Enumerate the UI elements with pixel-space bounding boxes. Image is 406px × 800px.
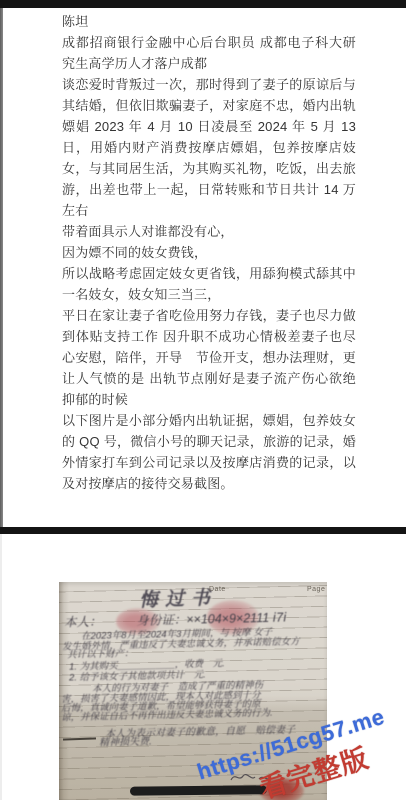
post-paragraph: 因为嫖不同的妓女费钱， — [62, 242, 356, 263]
top-crop-bar — [0, 0, 406, 8]
screenshot-root: 陈坦 成都招商银行金融中心后台职员 成都电子科大研究生高学历人才落户成都 谈恋爱… — [0, 0, 406, 800]
post-paragraph: 平日在家让妻子省吃俭用努力存钱，妻子也尽力做到体贴支持工作 因升职不成功心情极差… — [62, 305, 356, 410]
post-paragraph: 以下图片是小部分婚内出轨证据，嫖娼，包养妓女的 QQ 号，微信小号的聊天记录，旅… — [62, 410, 356, 494]
handwritten-underline — [63, 737, 96, 740]
post-paragraph: 所以战略考虑固定妓女更省钱，用舔狗模式舔其中一名妓女，妓女知三当三， — [62, 263, 356, 305]
letter-title: 悔过书 — [139, 583, 218, 613]
signature-redaction-bar — [130, 785, 267, 795]
post-paragraph: 谈恋爱时背叛过一次，那时得到了妻子的原谅后与其结婚，但依旧欺骗妻子，对家庭不忠，… — [62, 74, 356, 221]
post-paragraph: 带着面具示人对谁都没有心， — [62, 221, 356, 242]
ledger-date-label: Date — [209, 586, 226, 593]
post-text-block: 陈坦 成都招商银行金融中心后台职员 成都电子科大研究生高学历人才落户成都 谈恋爱… — [62, 11, 356, 494]
post-author: 陈坦 — [62, 11, 356, 32]
section-divider-bar — [0, 527, 406, 534]
post-paragraph: 成都招商银行金融中心后台职员 成都电子科大研究生高学历人才落户成都 — [62, 32, 356, 74]
ledger-page-label: Page — [307, 586, 325, 593]
left-edge-strip-lower — [0, 534, 2, 800]
left-edge-strip — [0, 8, 3, 527]
handwriting-line: 精神损失费. — [99, 732, 152, 748]
